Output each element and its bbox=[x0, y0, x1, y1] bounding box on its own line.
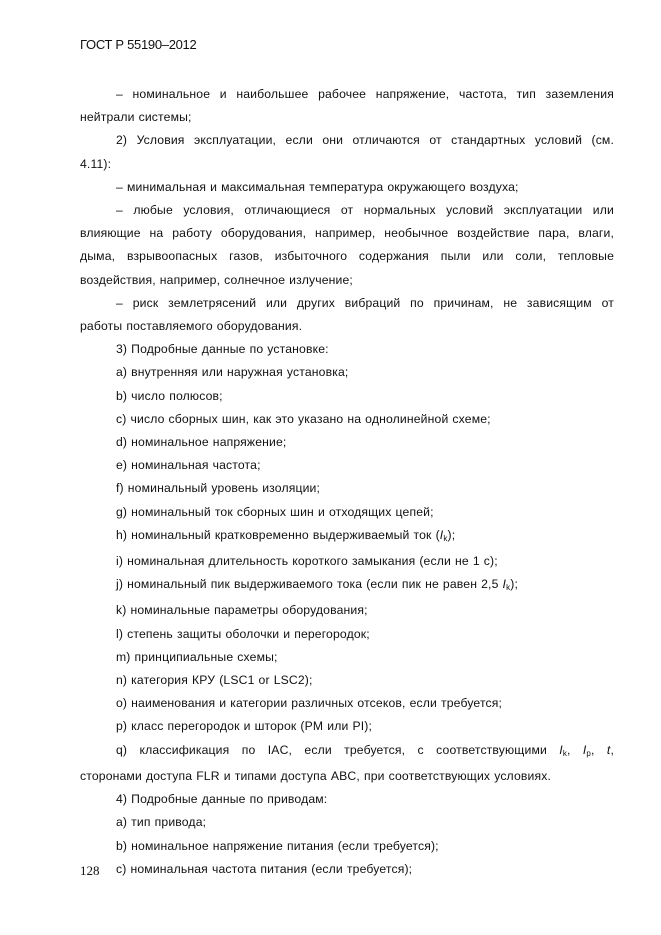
list-item: b) номинальное напряжение питания (если … bbox=[80, 835, 614, 858]
list-item: k) номинальные параметры оборудования; bbox=[80, 599, 614, 622]
list-item-text: ); bbox=[510, 577, 518, 591]
list-item: j) номинальный пик выдерживаемого тока (… bbox=[80, 573, 614, 599]
list-item: a) внутренняя или наружная установка; bbox=[80, 361, 614, 384]
section-2-title: 2) Условия эксплуатации, если они отлича… bbox=[80, 129, 614, 152]
list-item: h) номинальный кратковременно выдерживае… bbox=[80, 524, 614, 550]
list-item: o) наименования и категории различных от… bbox=[80, 692, 614, 715]
list-item: q) классификация по IAC, если требуется,… bbox=[80, 739, 614, 765]
list-item: l) степень защиты оболочки и перегородок… bbox=[80, 623, 614, 646]
paragraph-line: 4.11): bbox=[80, 153, 614, 176]
document-page: ГОСТ Р 55190–2012 – номинальное и наибол… bbox=[0, 0, 661, 935]
paragraph-line: дыма, взрывоопасных газов, избыточного с… bbox=[80, 245, 614, 268]
paragraph-line: сторонами доступа FLR и типами доступа A… bbox=[80, 765, 614, 788]
document-body: – номинальное и наибольшее рабочее напря… bbox=[80, 83, 614, 881]
document-header: ГОСТ Р 55190–2012 bbox=[80, 37, 196, 52]
paragraph-line: – риск землетрясений или других вибраций… bbox=[80, 292, 614, 315]
paragraph-line: работы поставляемого оборудования. bbox=[80, 315, 614, 338]
list-item-text: j) номинальный пик выдерживаемого тока (… bbox=[116, 577, 503, 591]
list-item: a) тип привода; bbox=[80, 811, 614, 834]
paragraph-line: влияющие на работу оборудования, наприме… bbox=[80, 222, 614, 245]
list-item: m) принципиальные схемы; bbox=[80, 646, 614, 669]
list-item: i) номинальная длительность короткого за… bbox=[80, 550, 614, 573]
separator: , bbox=[591, 743, 607, 757]
paragraph-line: – номинальное и наибольшее рабочее напря… bbox=[80, 83, 614, 106]
list-item-text: ); bbox=[447, 528, 455, 542]
section-3-title: 3) Подробные данные по установке: bbox=[80, 338, 614, 361]
separator: , bbox=[610, 743, 614, 757]
list-item: f) номинальный уровень изоляции; bbox=[80, 477, 614, 500]
list-item: b) число полюсов; bbox=[80, 385, 614, 408]
list-item: d) номинальное напряжение; bbox=[80, 431, 614, 454]
list-item: e) номинальная частота; bbox=[80, 454, 614, 477]
list-item-text: q) классификация по IAC, если требуется,… bbox=[116, 743, 559, 757]
paragraph-line: нейтрали системы; bbox=[80, 106, 614, 129]
page-number: 128 bbox=[80, 863, 100, 879]
paragraph-line: воздействия, например, солнечное излучен… bbox=[80, 269, 614, 292]
list-item-text: h) номинальный кратковременно выдерживае… bbox=[116, 528, 440, 542]
list-item: p) класс перегородок и шторок (PM или PI… bbox=[80, 715, 614, 738]
separator: , bbox=[567, 743, 583, 757]
list-item: g) номинальный ток сборных шин и отходящ… bbox=[80, 501, 614, 524]
list-item: n) категория КРУ (LSC1 or LSC2); bbox=[80, 669, 614, 692]
paragraph-line: – минимальная и максимальная температура… bbox=[80, 176, 614, 199]
section-4-title: 4) Подробные данные по приводам: bbox=[80, 788, 614, 811]
list-item: c) число сборных шин, как это указано на… bbox=[80, 408, 614, 431]
paragraph-line: – любые условия, отличающиеся от нормаль… bbox=[80, 199, 614, 222]
list-item: c) номинальная частота питания (если тре… bbox=[80, 858, 614, 881]
